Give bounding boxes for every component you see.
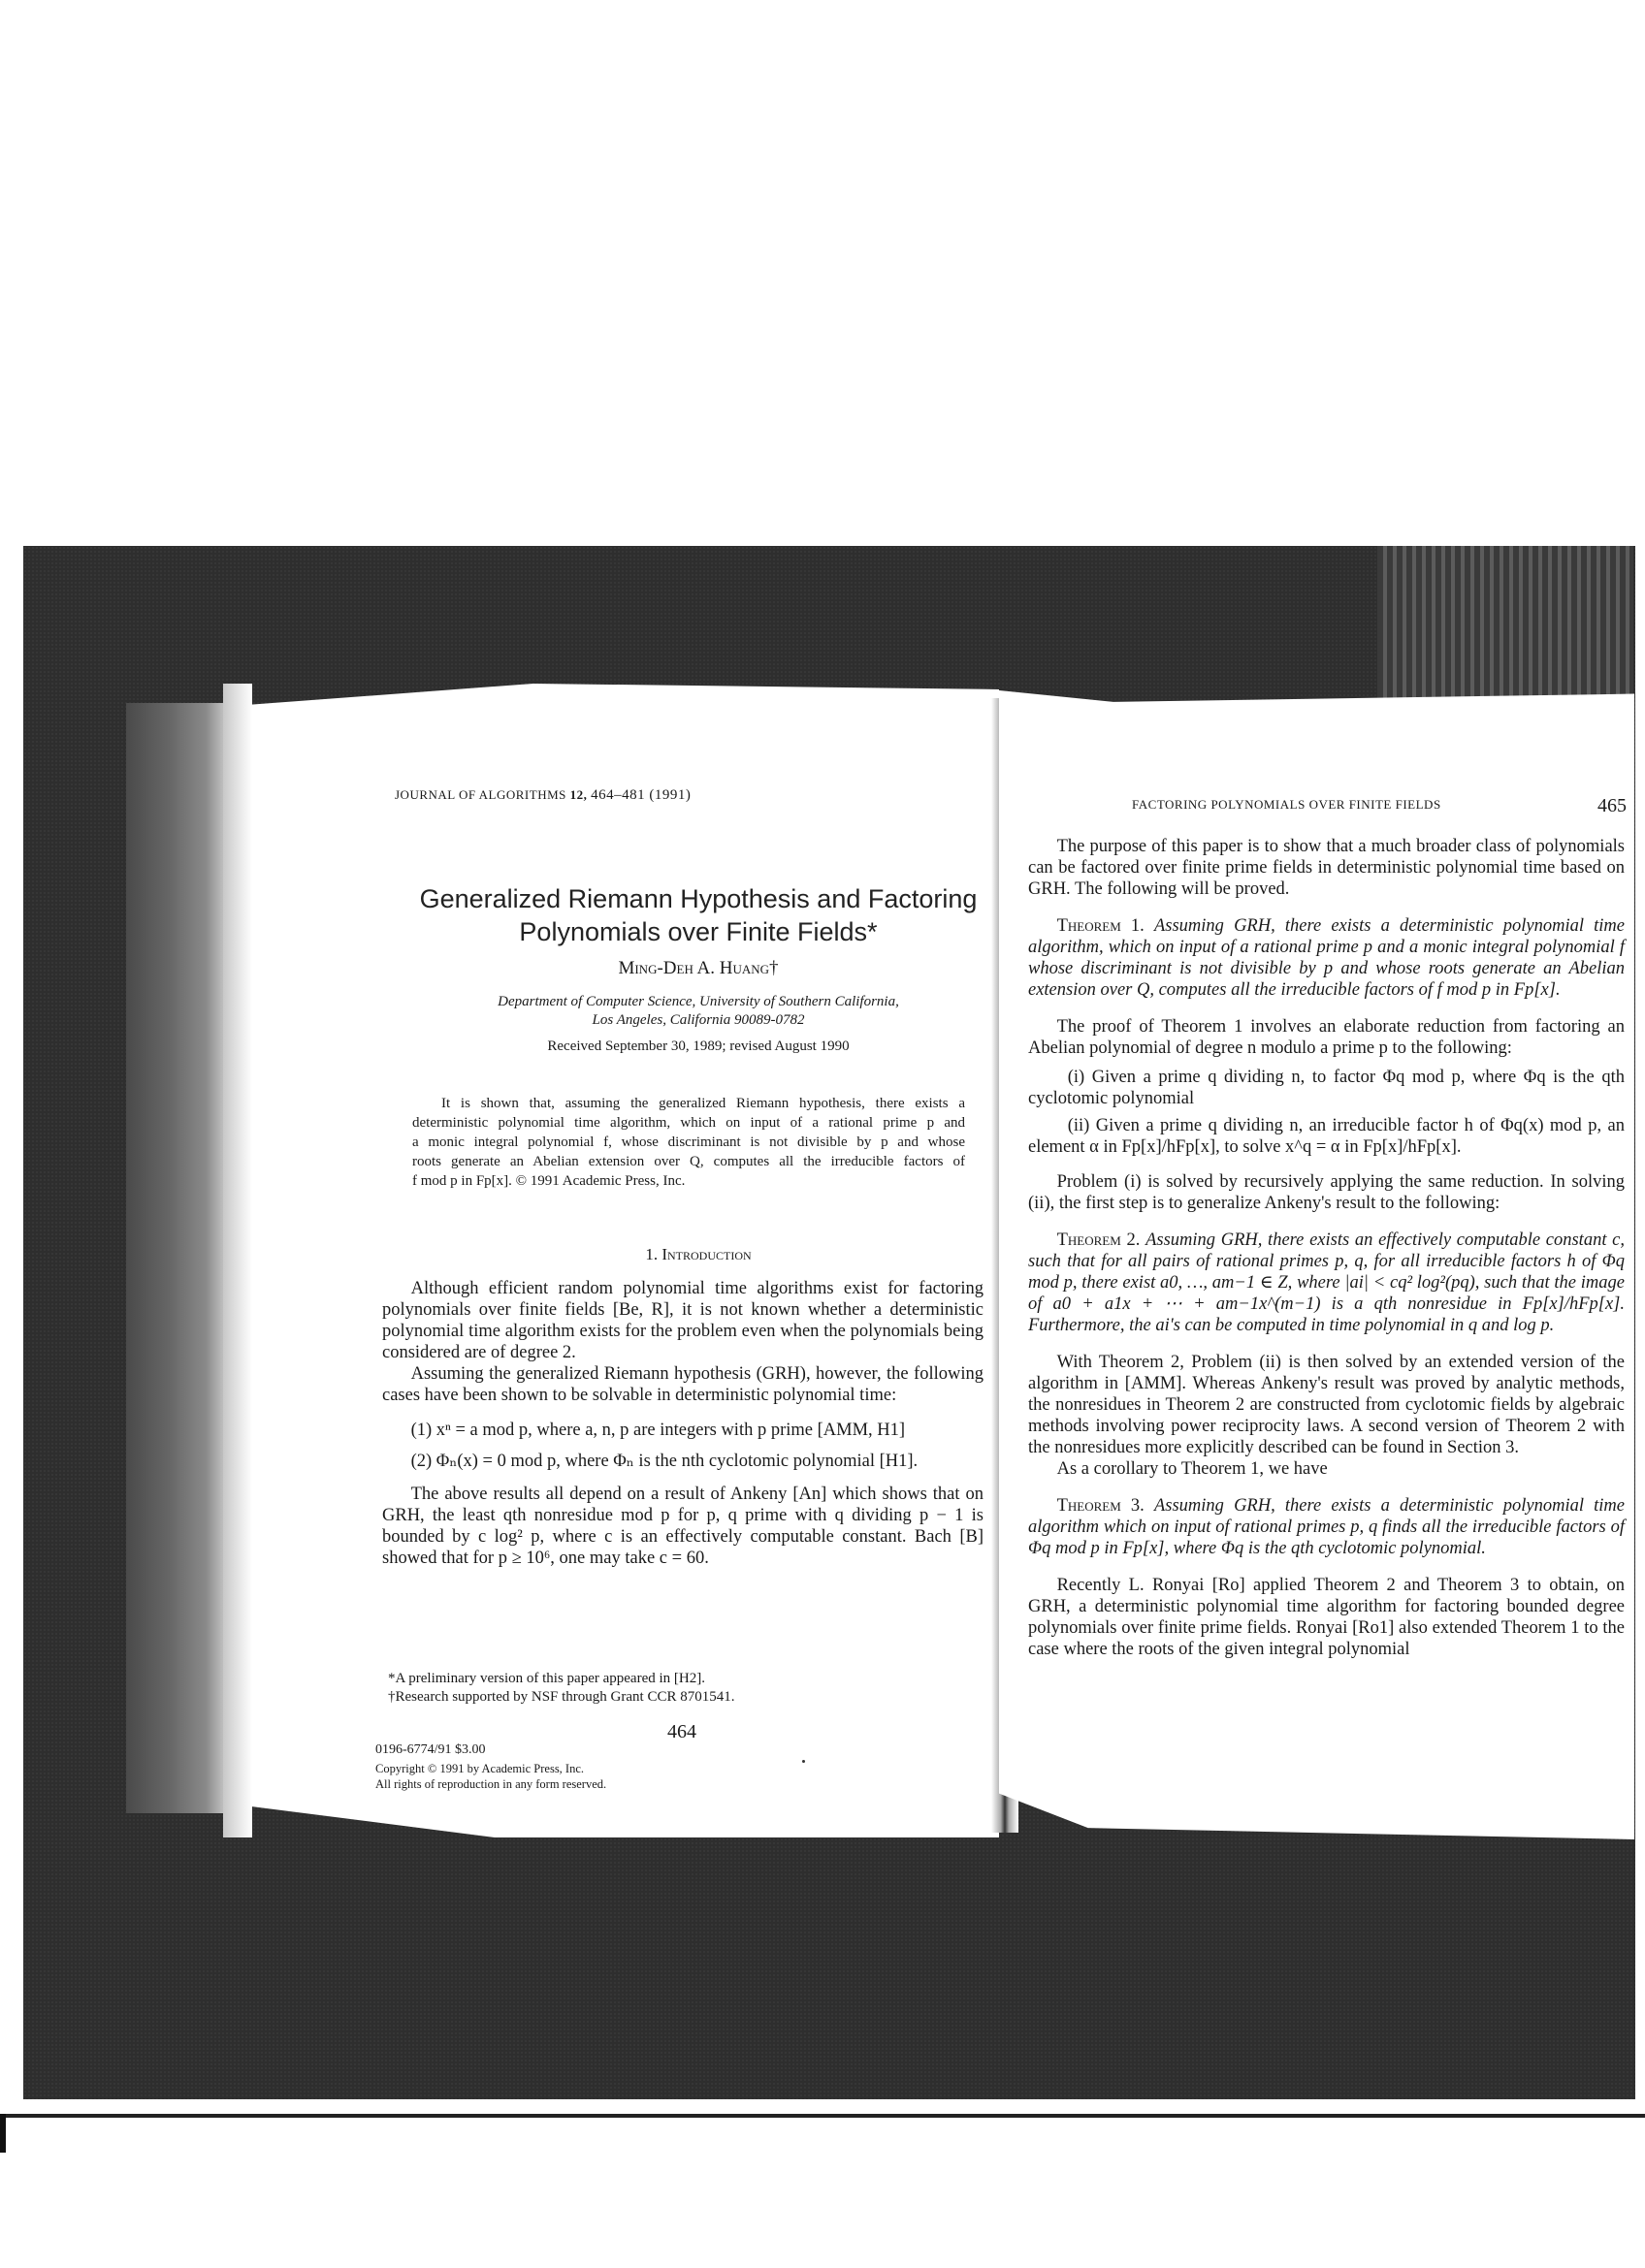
right-page-text: The purpose of this paper is to show tha… <box>1028 836 1625 1660</box>
ankeny-paragraph: The above results all depend on a result… <box>382 1484 984 1569</box>
intro-paragraph: Although efficient random polynomial tim… <box>382 1278 984 1363</box>
copyright-line: Copyright © 1991 by Academic Press, Inc. <box>375 1761 584 1777</box>
left-page-number: 464 <box>667 1721 696 1743</box>
abstract-line: It is shown that, assuming the generaliz… <box>412 1094 965 1113</box>
intro-paragraph: Assuming the generalized Riemann hypothe… <box>382 1363 984 1406</box>
purpose-paragraph: The purpose of this paper is to show tha… <box>1028 836 1625 900</box>
footnotes: *A preliminary version of this paper app… <box>388 1670 970 1707</box>
footnote: †Research supported by NSF through Grant… <box>388 1688 970 1707</box>
left-running-head: JOURNAL OF ALGORITHMS 12, 464–481 (1991) <box>395 787 691 804</box>
abstract-line: a monic integral polynomial f, whose dis… <box>412 1133 965 1152</box>
author-name: Ming-Deh A. Huang† <box>407 958 989 979</box>
right-page-number: 465 <box>1597 795 1627 817</box>
affiliation-line-2: Los Angeles, California 90089-0782 <box>407 1011 989 1030</box>
abstract: It is shown that, assuming the generaliz… <box>412 1094 965 1191</box>
affiliation: Department of Computer Science, Universi… <box>407 993 989 1030</box>
intro-text: Although efficient random polynomial tim… <box>382 1278 984 1569</box>
theorem-1: Theorem 1. Assuming GRH, there exists a … <box>1028 915 1625 1001</box>
case-item: (1) xⁿ = a mod p, where a, n, p are inte… <box>382 1420 984 1441</box>
journal-volume: 12, <box>570 787 588 802</box>
footnote: *A preliminary version of this paper app… <box>388 1670 970 1688</box>
speck <box>802 1760 805 1763</box>
theorem-2-discussion: With Theorem 2, Problem (ii) is then sol… <box>1028 1352 1625 1458</box>
received-date: Received September 30, 1989; revised Aug… <box>407 1038 989 1055</box>
scan-edge-line <box>0 2114 1645 2118</box>
paper-title: Generalized Riemann Hypothesis and Facto… <box>407 882 989 948</box>
case-item: (2) Φₙ(x) = 0 mod p, where Φₙ is the nth… <box>382 1451 984 1472</box>
abstract-line: f mod p in Fp[x]. © 1991 Academic Press,… <box>412 1171 965 1191</box>
theorem-3: Theorem 3. Assuming GRH, there exists a … <box>1028 1495 1625 1559</box>
theorem-2: Theorem 2. Assuming GRH, there exists an… <box>1028 1230 1625 1336</box>
rights-line: All rights of reproduction in any form r… <box>375 1776 606 1793</box>
abstract-line: roots generate an Abelian extension over… <box>412 1152 965 1171</box>
section-heading: 1. Introduction <box>407 1245 989 1264</box>
book-fore-edge <box>126 703 233 1813</box>
journal-pages: 464–481 (1991) <box>591 787 691 803</box>
price-code: 0196-6774/91 $3.00 <box>375 1742 486 1758</box>
proof-paragraph: The proof of Theorem 1 involves an elabo… <box>1028 1016 1625 1059</box>
ronyai-paragraph: Recently L. Ronyai [Ro] applied Theorem … <box>1028 1575 1625 1660</box>
problem-paragraph: Problem (i) is solved by recursively app… <box>1028 1171 1625 1214</box>
theorem-1-label: Theorem 1. <box>1057 916 1145 936</box>
theorem-3-label: Theorem 3. <box>1057 1496 1145 1516</box>
title-line-2: Polynomials over Finite Fields* <box>407 915 989 948</box>
journal-name: JOURNAL OF ALGORITHMS <box>395 787 566 802</box>
problem-item: (ii) Given a prime q dividing n, an irre… <box>1028 1115 1625 1158</box>
abstract-line: deterministic polynomial time algorithm,… <box>412 1113 965 1133</box>
title-line-1: Generalized Riemann Hypothesis and Facto… <box>407 882 989 915</box>
corollary-line: As a corollary to Theorem 1, we have <box>1028 1458 1625 1480</box>
scanner-stripe-artifact <box>1377 546 1633 719</box>
left-page-shadow <box>223 684 252 1837</box>
right-running-head: FACTORING POLYNOMIALS OVER FINITE FIELDS <box>1132 797 1441 813</box>
scan-edge-mark <box>0 2114 6 2153</box>
theorem-2-label: Theorem 2. <box>1057 1230 1141 1250</box>
affiliation-line-1: Department of Computer Science, Universi… <box>407 993 989 1011</box>
problem-item: (i) Given a prime q dividing n, to facto… <box>1028 1067 1625 1109</box>
